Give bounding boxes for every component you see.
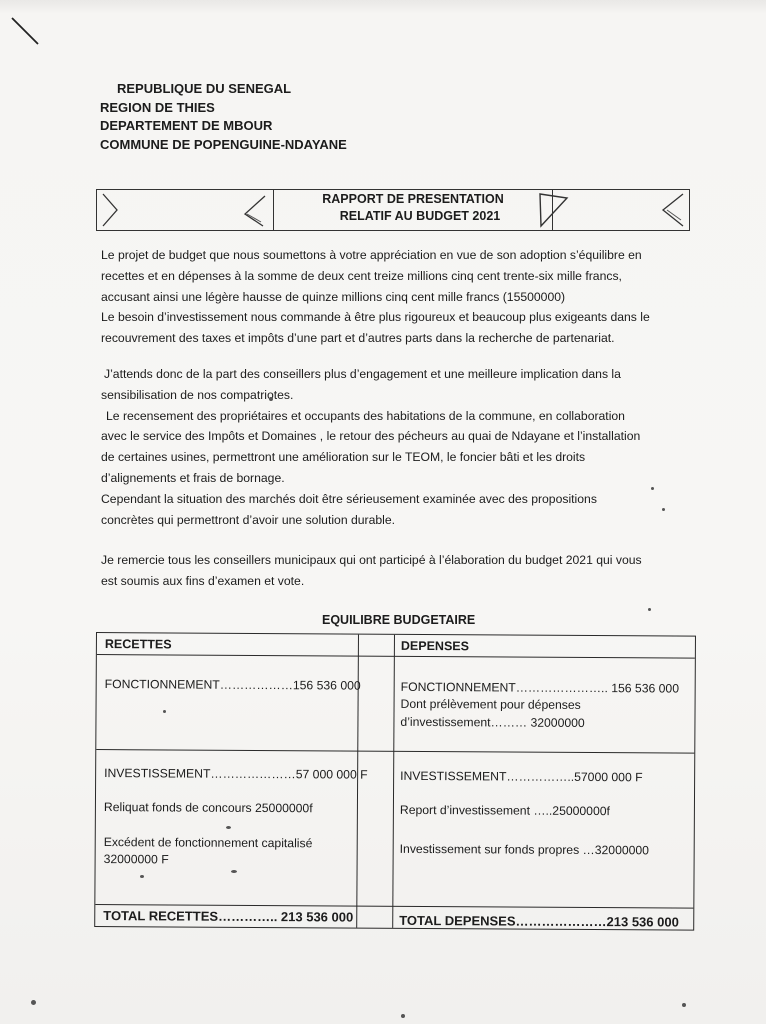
text-line: Le recensement des propriétaires et occu…	[101, 406, 701, 427]
scanned-page: REPUBLIQUE DU SENEGAL REGION DE THIES DE…	[0, 0, 766, 1024]
table-divider	[96, 749, 694, 754]
recettes-investissement: INVESTISSEMENT…………………57 000 000 F	[104, 764, 368, 784]
decorative-triangle-icon	[537, 190, 571, 230]
ink-speck	[682, 1003, 686, 1007]
report-title-line1: RAPPORT DE PRESENTATION	[274, 191, 552, 208]
text-line: est soumis aux fins d’examen et vote.	[101, 571, 701, 592]
decorative-arrow-icon	[655, 190, 689, 230]
pen-slash-mark	[8, 12, 48, 52]
budget-table-title: EQUILIBRE BUDGETAIRE	[322, 613, 475, 627]
text-line: d’alignements et frais de bornage.	[101, 468, 701, 489]
total-recettes: TOTAL RECETTES………….. 213 536 000	[103, 907, 353, 927]
text-line: concrètes qui permettront d’avoir une so…	[101, 510, 701, 531]
ink-speck	[31, 1000, 36, 1005]
table-divider	[97, 654, 695, 659]
table-divider	[392, 635, 395, 928]
text-line: sensibilisation de nos compatriotes.	[101, 385, 701, 406]
recettes-fonctionnement: FONCTIONNEMENT………………156 536 000	[105, 675, 361, 695]
ink-speck	[140, 875, 144, 878]
report-title-line2: RELATIF AU BUDGET 2021	[274, 208, 552, 225]
text-line: Cependant la situation des marchés doit …	[101, 489, 701, 510]
depenses-report: Report d’investissement …..25000000f	[400, 801, 610, 820]
text-line: avec le service des Impôts et Domaines ,…	[101, 426, 701, 447]
report-title-box: RAPPORT DE PRESENTATION RELATIF AU BUDGE…	[96, 189, 690, 231]
letterhead: REPUBLIQUE DU SENEGAL REGION DE THIES DE…	[100, 80, 347, 154]
ink-speck	[662, 508, 665, 511]
letterhead-department: DEPARTEMENT DE MBOUR	[100, 117, 347, 136]
ink-speck	[163, 710, 166, 713]
ink-speck	[226, 826, 231, 829]
paragraph-engagement: J’attends donc de la part des conseiller…	[101, 364, 701, 530]
ink-speck	[231, 870, 237, 873]
decorative-arrow-icon	[99, 190, 129, 230]
text-line: Le besoin d’investissement nous commande…	[101, 307, 701, 328]
paragraph-thanks: Je remercie tous les conseillers municip…	[101, 550, 701, 592]
depenses-header: DEPENSES	[401, 637, 469, 655]
text-line: recouvrement des taxes et impôts d’une p…	[101, 328, 701, 349]
recettes-reliquat: Reliquat fonds de concours 25000000f	[104, 798, 313, 817]
depenses-prelevement-line2: d’investissement……… 32000000	[400, 713, 584, 732]
report-title: RAPPORT DE PRESENTATION RELATIF AU BUDGE…	[273, 189, 553, 231]
recettes-excedent-line2: 32000000 F	[104, 850, 169, 868]
text-line: J’attends donc de la part des conseiller…	[101, 364, 701, 385]
letterhead-region: REGION DE THIES	[100, 99, 347, 118]
text-line: Je remercie tous les conseillers municip…	[101, 550, 701, 571]
ink-speck	[648, 608, 651, 611]
depenses-prelevement-line1: Dont prélèvement pour dépenses	[401, 695, 581, 714]
paragraph-budget-overview: Le projet de budget que nous soumettons …	[101, 245, 701, 349]
total-depenses: TOTAL DEPENSES…………………213 536 000	[399, 912, 679, 932]
ink-speck	[269, 397, 273, 401]
text-line: recettes et en dépenses à la somme de de…	[101, 266, 701, 287]
ink-speck	[401, 1014, 405, 1018]
recettes-header: RECETTES	[105, 635, 172, 653]
depenses-investissement: INVESTISSEMENT……………..57000 000 F	[400, 767, 643, 786]
letterhead-commune: COMMUNE DE POPENGUINE-NDAYANE	[100, 136, 347, 155]
ink-speck	[651, 487, 654, 490]
text-line: Le projet de budget que nous soumettons …	[101, 245, 701, 266]
letterhead-republic: REPUBLIQUE DU SENEGAL	[100, 80, 347, 99]
text-line: de certaines usines, permettront une amé…	[101, 447, 701, 468]
budget-balance-table: RECETTES DEPENSES FONCTIONNEMENT………………15…	[94, 632, 696, 931]
text-line: accusant ainsi une légère hausse de quin…	[101, 287, 701, 308]
decorative-arrow-icon	[237, 190, 269, 230]
depenses-fonds-propres: Investissement sur fonds propres …320000…	[400, 840, 649, 860]
